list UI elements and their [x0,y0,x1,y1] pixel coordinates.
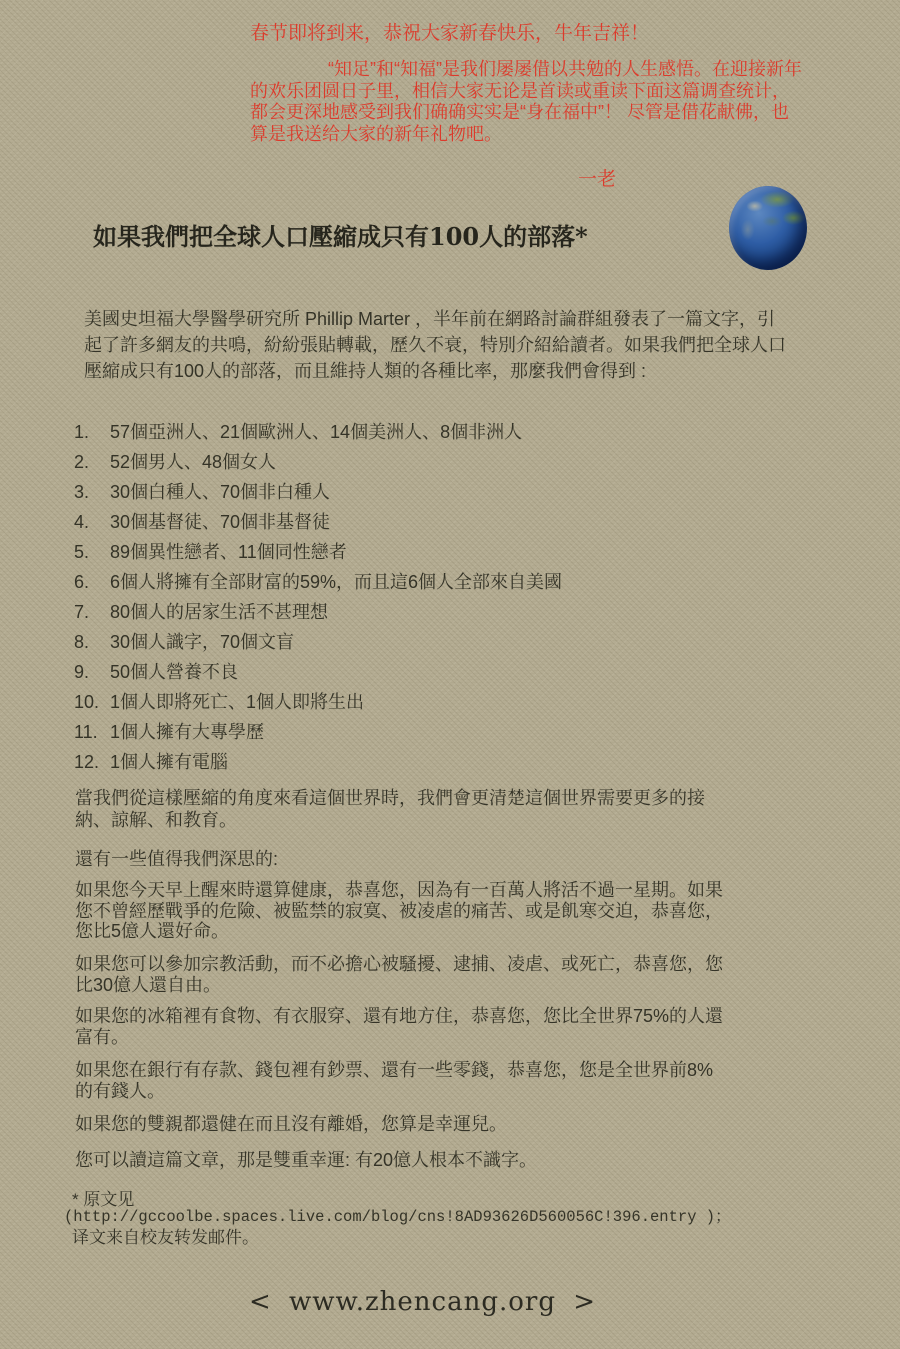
list-item: 3.30個白種人、70個非白種人 [74,483,834,501]
reflection-paragraph: 如果您在銀行有存款、錢包裡有鈔票、還有一些零錢，恭喜您，您是全世界前8%的有錢人… [75,1060,730,1101]
list-item-number: 10. [74,693,110,711]
preface-signature: 一老 [578,164,616,191]
reflection-paragraph: 您可以讀這篇文章，那是雙重幸運: 有20億人根本不識字。 [75,1150,730,1171]
list-item-text: 80個人的居家生活不甚理想 [110,603,328,621]
list-item-text: 6個人將擁有全部財富的59%，而且這6個人全部來自美國 [110,573,562,591]
list-item-number: 9. [74,663,110,681]
list-item-text: 30個白種人、70個非白種人 [110,483,330,501]
list-item-text: 89個異性戀者、11個同性戀者 [110,543,347,561]
list-item: 5.89個異性戀者、11個同性戀者 [74,543,834,561]
list-item-number: 2. [74,453,110,471]
list-item-number: 6. [74,573,110,591]
reflection-paragraph: 如果您的雙親都還健在而且沒有離婚，您算是幸運兒。 [75,1114,730,1135]
deep-thoughts-heading: 還有一些值得我們深思的: [75,845,278,871]
list-item-text: 50個人營養不良 [110,663,238,681]
list-item-number: 7. [74,603,110,621]
list-item-number: 8. [74,633,110,651]
list-item: 9.50個人營養不良 [74,663,834,681]
list-item-text: 52個男人、48個女人 [110,453,276,471]
list-item-text: 1個人擁有電腦 [110,753,228,771]
summary-paragraph: 當我們從這樣壓縮的角度來看這個世界時，我們會更清楚這個世界需要更多的接納、諒解、… [75,788,730,831]
preface-note: “知足”和“知福”是我们屡屡借以共勉的人生感悟。在迎接新年的欢乐团圆日子里，相信… [250,59,802,145]
list-item-number: 3. [74,483,110,501]
site-watermark: < www.zhencang.org > [0,1287,845,1317]
new-year-greeting: 春节即将到来，恭祝大家新春快乐，牛年吉祥！ [250,18,649,45]
list-item: 1.57個亞洲人、21個歐洲人、14個美洲人、8個非洲人 [74,423,834,441]
list-item: 4.30個基督徒、70個非基督徒 [74,513,834,531]
list-item: 10.1個人即將死亡、1個人即將生出 [74,693,834,711]
statistics-list: 1.57個亞洲人、21個歐洲人、14個美洲人、8個非洲人 2.52個男人、48個… [74,423,834,783]
list-item: 8.30個人識字，70個文盲 [74,633,834,651]
reflection-paragraph: 如果您今天早上醒來時還算健康，恭喜您，因為有一百萬人將活不過一星期。如果您不曾經… [75,880,730,942]
reflection-paragraph: 如果您可以參加宗教活動，而不必擔心被騷擾、逮捕、凌虐、或死亡，恭喜您，您比30億… [75,954,730,995]
list-item: 12.1個人擁有電腦 [74,753,834,771]
list-item-number: 12. [74,753,110,771]
list-item-text: 30個人識字，70個文盲 [110,633,294,651]
list-item-number: 11. [74,723,110,741]
list-item: 7.80個人的居家生活不甚理想 [74,603,834,621]
list-item-text: 57個亞洲人、21個歐洲人、14個美洲人、8個非洲人 [110,423,522,441]
reflection-paragraph: 如果您的冰箱裡有食物、有衣服穿、還有地方住，恭喜您，您比全世界75%的人還富有。 [75,1006,730,1047]
list-item: 11.1個人擁有大專學歷 [74,723,834,741]
list-item-text: 30個基督徒、70個非基督徒 [110,513,330,531]
list-item: 6.6個人將擁有全部財富的59%，而且這6個人全部來自美國 [74,573,834,591]
list-item-text: 1個人即將死亡、1個人即將生出 [110,693,364,711]
list-item-text: 1個人擁有大專學歷 [110,723,264,741]
list-item-number: 5. [74,543,110,561]
page: 春节即将到来，恭祝大家新春快乐，牛年吉祥！ “知足”和“知福”是我们屡屡借以共勉… [0,0,900,1349]
earth-globe-icon [729,186,807,270]
lead-paragraph: 美國史坦福大學醫學研究所 Phillip Marter ，半年前在網路討論群組發… [84,306,790,384]
list-item: 2.52個男人、48個女人 [74,453,834,471]
footnote-translation-note: 译文来自校友转发邮件。 [72,1223,259,1248]
page-title: 如果我們把全球人口壓縮成只有100人的部落* [93,217,588,252]
list-item-number: 1. [74,423,110,441]
list-item-number: 4. [74,513,110,531]
